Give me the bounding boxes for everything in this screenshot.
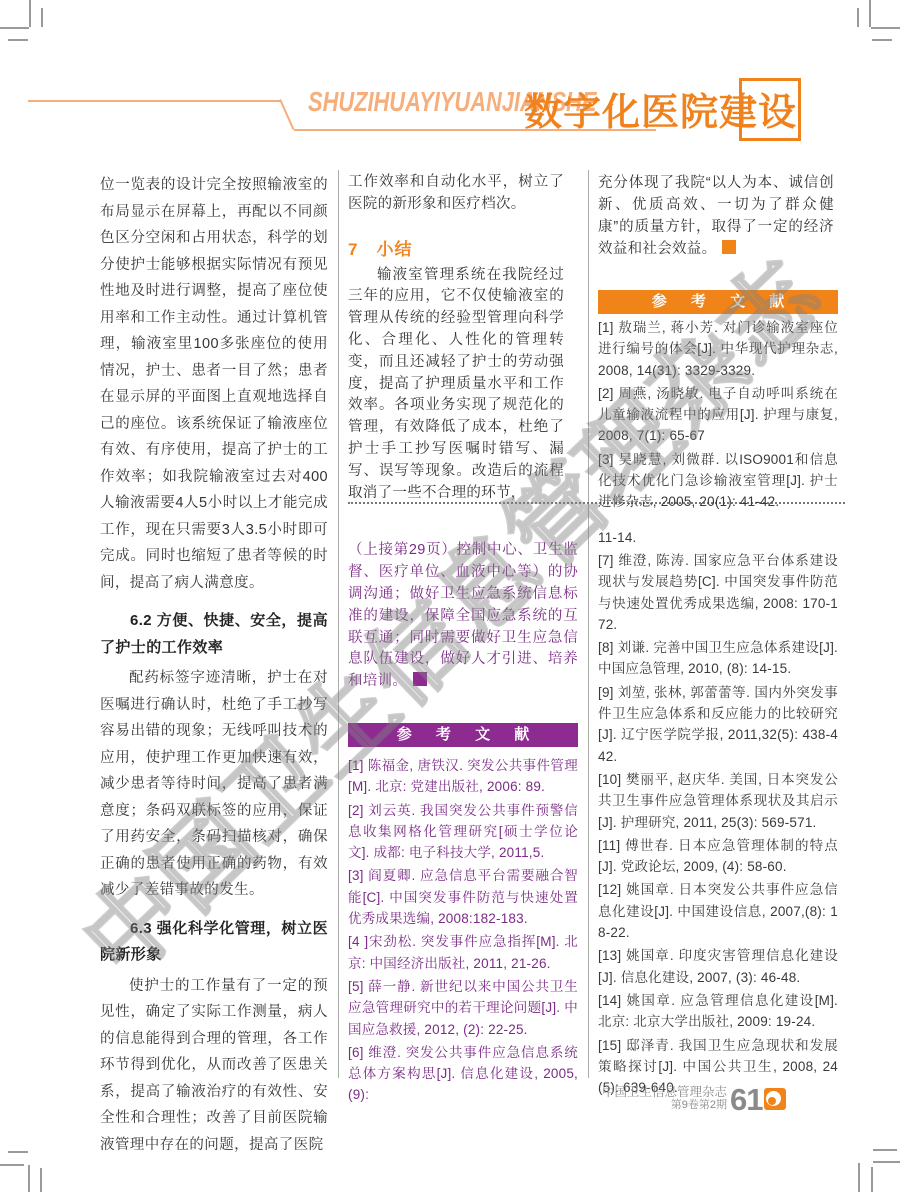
reference-item: [9] 刘堃, 张林, 郭蕾蕾等. 国内外突发事件卫生应急体系和反应能力的比较研… [598,682,838,767]
paragraph: 充分体现了我院“以人为本、诚信创新、优质高效、一切为了群众健康”的质量方针，取得… [598,172,834,260]
reference-item: [7] 维澄, 陈涛. 国家应急平台体系建设现状与发展趋势[C]. 中国突发事件… [598,550,838,635]
reference-item: 11-14. [598,527,838,548]
reference-item: [2] 刘云英. 我国突发公共事件预警信息收集网格化管理研究[硕士学位论文]. … [348,800,578,864]
article-end-mark [722,240,736,254]
footer-journal-info: 中国卫生信息管理杂志 第9卷第2期 [602,1086,727,1112]
paragraph: 位一览表的设计完全按照输液室的布局显示在屏幕上，再配以不同颜色区分空闲和占用状态… [100,172,328,596]
paragraph: 配药标签字迹清晰，护士在对医嘱进行确认时，杜绝了手工抄写容易出错的现象；无线呼叫… [100,665,328,904]
column-separator-2 [588,170,589,1078]
continued-article-body: （上接第29页）控制中心、卫生监督、医疗单位、血液中心等）的协调沟通；做好卫生应… [348,542,578,689]
reference-item: [3] 吴晓慧, 刘微群. 以ISO9001和信息化技术优化门急诊输液室管理[J… [598,449,838,513]
header-rule-diagonal [279,99,294,130]
reference-item: [1] 陈福金, 唐铁汉. 突发公共事件管理[M]. 北京: 党建出版社, 20… [348,755,578,798]
reference-item: [5] 薛一静. 新世纪以来中国公共卫生应急管理研究中的若干理论问题[J]. 中… [348,976,578,1040]
reference-item: [13] 姚国章. 印度灾害管理信息化建设[J]. 信息化建设, 2007, (… [598,945,838,988]
heading-summary: 7 小结 [348,236,564,263]
heading-6-3: 6.3 强化科学化管理，树立医院新形象 [100,916,328,969]
reference-item: [12] 姚国章. 日本突发公共事件应急信息化建设[J]. 中国建设信息, 20… [598,879,838,943]
column-2: 工作效率和自动化水平，树立了医院的新形象和医疗档次。 7 小结 输液室管理系统在… [348,172,578,1108]
reference-item: [6] 维澄. 突发公共事件应急信息系统总体方案构思[J]. 信息化建设, 20… [348,1042,578,1106]
footer-journal-name: 中国卫生信息管理杂志 [602,1086,727,1099]
paragraph: 输液室管理系统在我院经过三年的应用，它不仅使输液室的管理从传统的经验型管理向科学… [348,265,564,505]
column-1: 位一览表的设计完全按照输液室的布局显示在屏幕上，再配以不同颜色区分空闲和占用状态… [100,172,328,1158]
continued-article-text: （上接第29页）控制中心、卫生监督、医疗单位、血液中心等）的协调沟通；做好卫生应… [348,540,578,693]
journal-logo-icon [764,1088,786,1110]
column-3: 充分体现了我院“以人为本、诚信创新、优质高效、一切为了群众健康”的质量方针，取得… [598,172,838,1100]
article-end-mark [413,672,427,686]
header-rule-left [28,100,281,102]
reference-list-black: [1] 敖瑞兰, 蒋小芳. 对门诊输液室座位进行编号的体会[J]. 中华现代护理… [598,317,838,513]
page-number: 61 [730,1082,762,1118]
reference-item: [2] 周燕, 汤晓敏. 电子自动呼叫系统在儿童输液流程中的应用[J]. 护理与… [598,383,838,447]
column-separator-1 [338,170,339,1078]
references-banner-orange: 参 考 文 献 [598,290,838,314]
paragraph: 使护士的工作量有了一定的预见性，确定了实际工作测量，病人的信息能得到合理的管理，… [100,973,328,1159]
article-end-body: 充分体现了我院“以人为本、诚信创新、优质高效、一切为了群众健康”的质量方针，取得… [598,175,834,257]
reference-item: [8] 刘谦. 完善中国卫生应急体系建设[J]. 中国应急管理, 2010, (… [598,637,838,680]
paragraph: 工作效率和自动化水平，树立了医院的新形象和医疗档次。 [348,172,564,216]
reference-list-continued: 11-14. [7] 维澄, 陈涛. 国家应急平台体系建设现状与发展趋势[C].… [598,527,838,1099]
reference-item: [1] 敖瑞兰, 蒋小芳. 对门诊输液室座位进行编号的体会[J]. 中华现代护理… [598,317,838,381]
reference-item: [4 ]宋劲松. 突发事件应急指挥[M]. 北京: 中国经济出版社, 2011,… [348,931,578,974]
section-title: 数字化医院建设 [524,81,797,136]
reference-item: [3] 阎夏卿. 应急信息平台需要融合智能[C]. 中国突发事件防范与快速处置优… [348,865,578,929]
reference-item: [11] 傅世春. 日本应急管理体制的特点[J]. 党政论坛, 2009, (4… [598,835,838,878]
reference-list-purple: [1] 陈福金, 唐铁汉. 突发公共事件管理[M]. 北京: 党建出版社, 20… [348,755,578,1106]
reference-item: [10] 樊丽平, 赵庆华. 美国, 日本突发公共卫生事件应急管理体系现状及其启… [598,769,838,833]
heading-6-2: 6.2 方便、快捷、安全，提高了护士的工作效率 [100,608,328,661]
reference-item: [14] 姚国章. 应急管理信息化建设[M]. 北京: 北京大学出版社, 200… [598,990,838,1033]
references-banner-purple: 参 考 文 献 [348,723,578,747]
footer-issue: 第9卷第2期 [602,1099,727,1112]
